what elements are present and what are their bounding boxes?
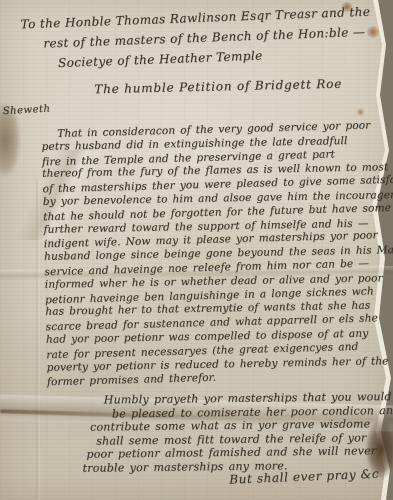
petition-title: The humble Petition of Bridgett Roe bbox=[94, 77, 342, 97]
petition-body: That in consideracon of the very good se… bbox=[41, 119, 393, 390]
manuscript-photo: To the Honble Thomas Rawlinson Esqr Trea… bbox=[0, 0, 393, 500]
prayer-paragraph: Humbly prayeth yor masterships that you … bbox=[104, 390, 393, 475]
manuscript-text: To the Honble Thomas Rawlinson Esqr Trea… bbox=[0, 0, 393, 500]
address-heading: To the Honble Thomas Rawlinson Esqr Trea… bbox=[20, 2, 372, 75]
sheweth-margin-note: Sheweth bbox=[3, 103, 51, 117]
